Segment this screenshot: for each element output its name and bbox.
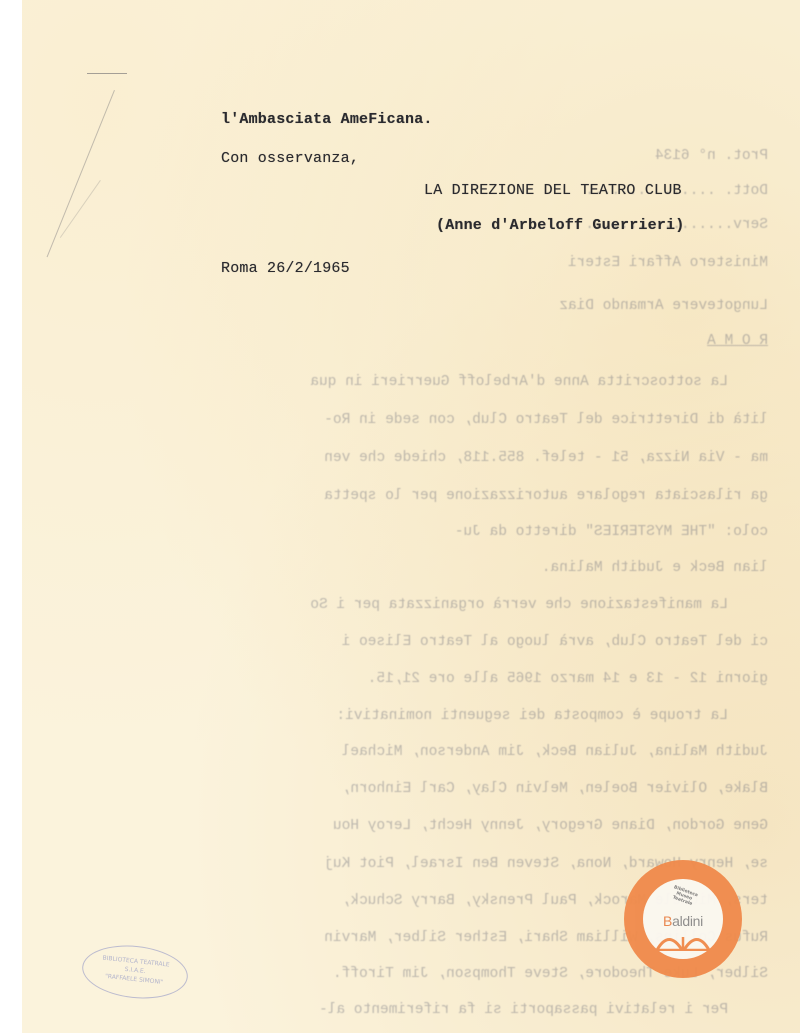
bleed-line: La manifestazione che verrà organizzata …: [310, 597, 728, 613]
bleed-line: Ministero Affari Esteri: [568, 255, 768, 271]
logo-initial: B: [663, 913, 672, 929]
logo-name-rest: aldini: [672, 913, 703, 929]
bleed-line: La troupe è composta dei seguenti nomina…: [336, 708, 728, 724]
bleed-line: ma - Via Nizza, 51 - telef. 855.118, chi…: [324, 450, 768, 466]
bleed-line: Gene Gordon, Diane Gregory, Jenny Hecht,…: [333, 818, 768, 834]
recipient-line: l'Ambasciata AmeFicana.: [221, 111, 433, 128]
logo-small-text: Biblioteca Museo Teatrale: [667, 884, 700, 908]
bleed-line: ci del Teatro Club, avrà luogo al Teatro…: [342, 634, 768, 650]
logo-name: Baldini: [643, 913, 723, 929]
logo-inner-circle: Biblioteca Museo Teatrale Baldini: [643, 879, 723, 959]
open-book-icon: [655, 931, 711, 951]
bleed-line: Prot. n° 6134: [655, 148, 768, 164]
bleed-line: Blake, Olivier Boelen, Melvin Clay, Carl…: [342, 781, 768, 797]
signature-name: (Anne d'Arbeloff Guerrieri): [436, 217, 684, 234]
closing-salutation: Con osservanza,: [221, 150, 359, 167]
bleed-line: colo: "THE MYSTERIES" diretto da Ju-: [455, 524, 768, 540]
pencil-mark: [87, 73, 127, 74]
signature-organization: LA DIREZIONE DEL TEATRO CLUB: [424, 182, 682, 199]
bleed-line: Lungotevere Armando Diaz: [559, 298, 768, 314]
bleed-line: Per i relativi passaporti si fa riferime…: [319, 1002, 728, 1018]
bleed-line: giorni 12 - 13 e 14 marzo 1965 alle ore …: [368, 671, 768, 687]
bleed-line: La sottoscritta Anne d'Arbeloff Guerrier…: [310, 374, 728, 390]
baldini-logo: Biblioteca Museo Teatrale Baldini: [624, 860, 742, 978]
bleed-line: lità di Direttrice del Teatro Club, con …: [324, 412, 768, 428]
bleed-line: lian Beck e Judith Malina.: [542, 560, 768, 576]
bleed-line: Judith Malina, Julian Beck, Jim Anderson…: [342, 744, 768, 760]
bleed-line: ga rilasciata regolare autorizzazione pe…: [324, 488, 768, 504]
place-and-date: Roma 26/2/1965: [221, 260, 350, 277]
bleed-line: R O M A: [707, 333, 768, 349]
paper-crease: [47, 90, 115, 257]
